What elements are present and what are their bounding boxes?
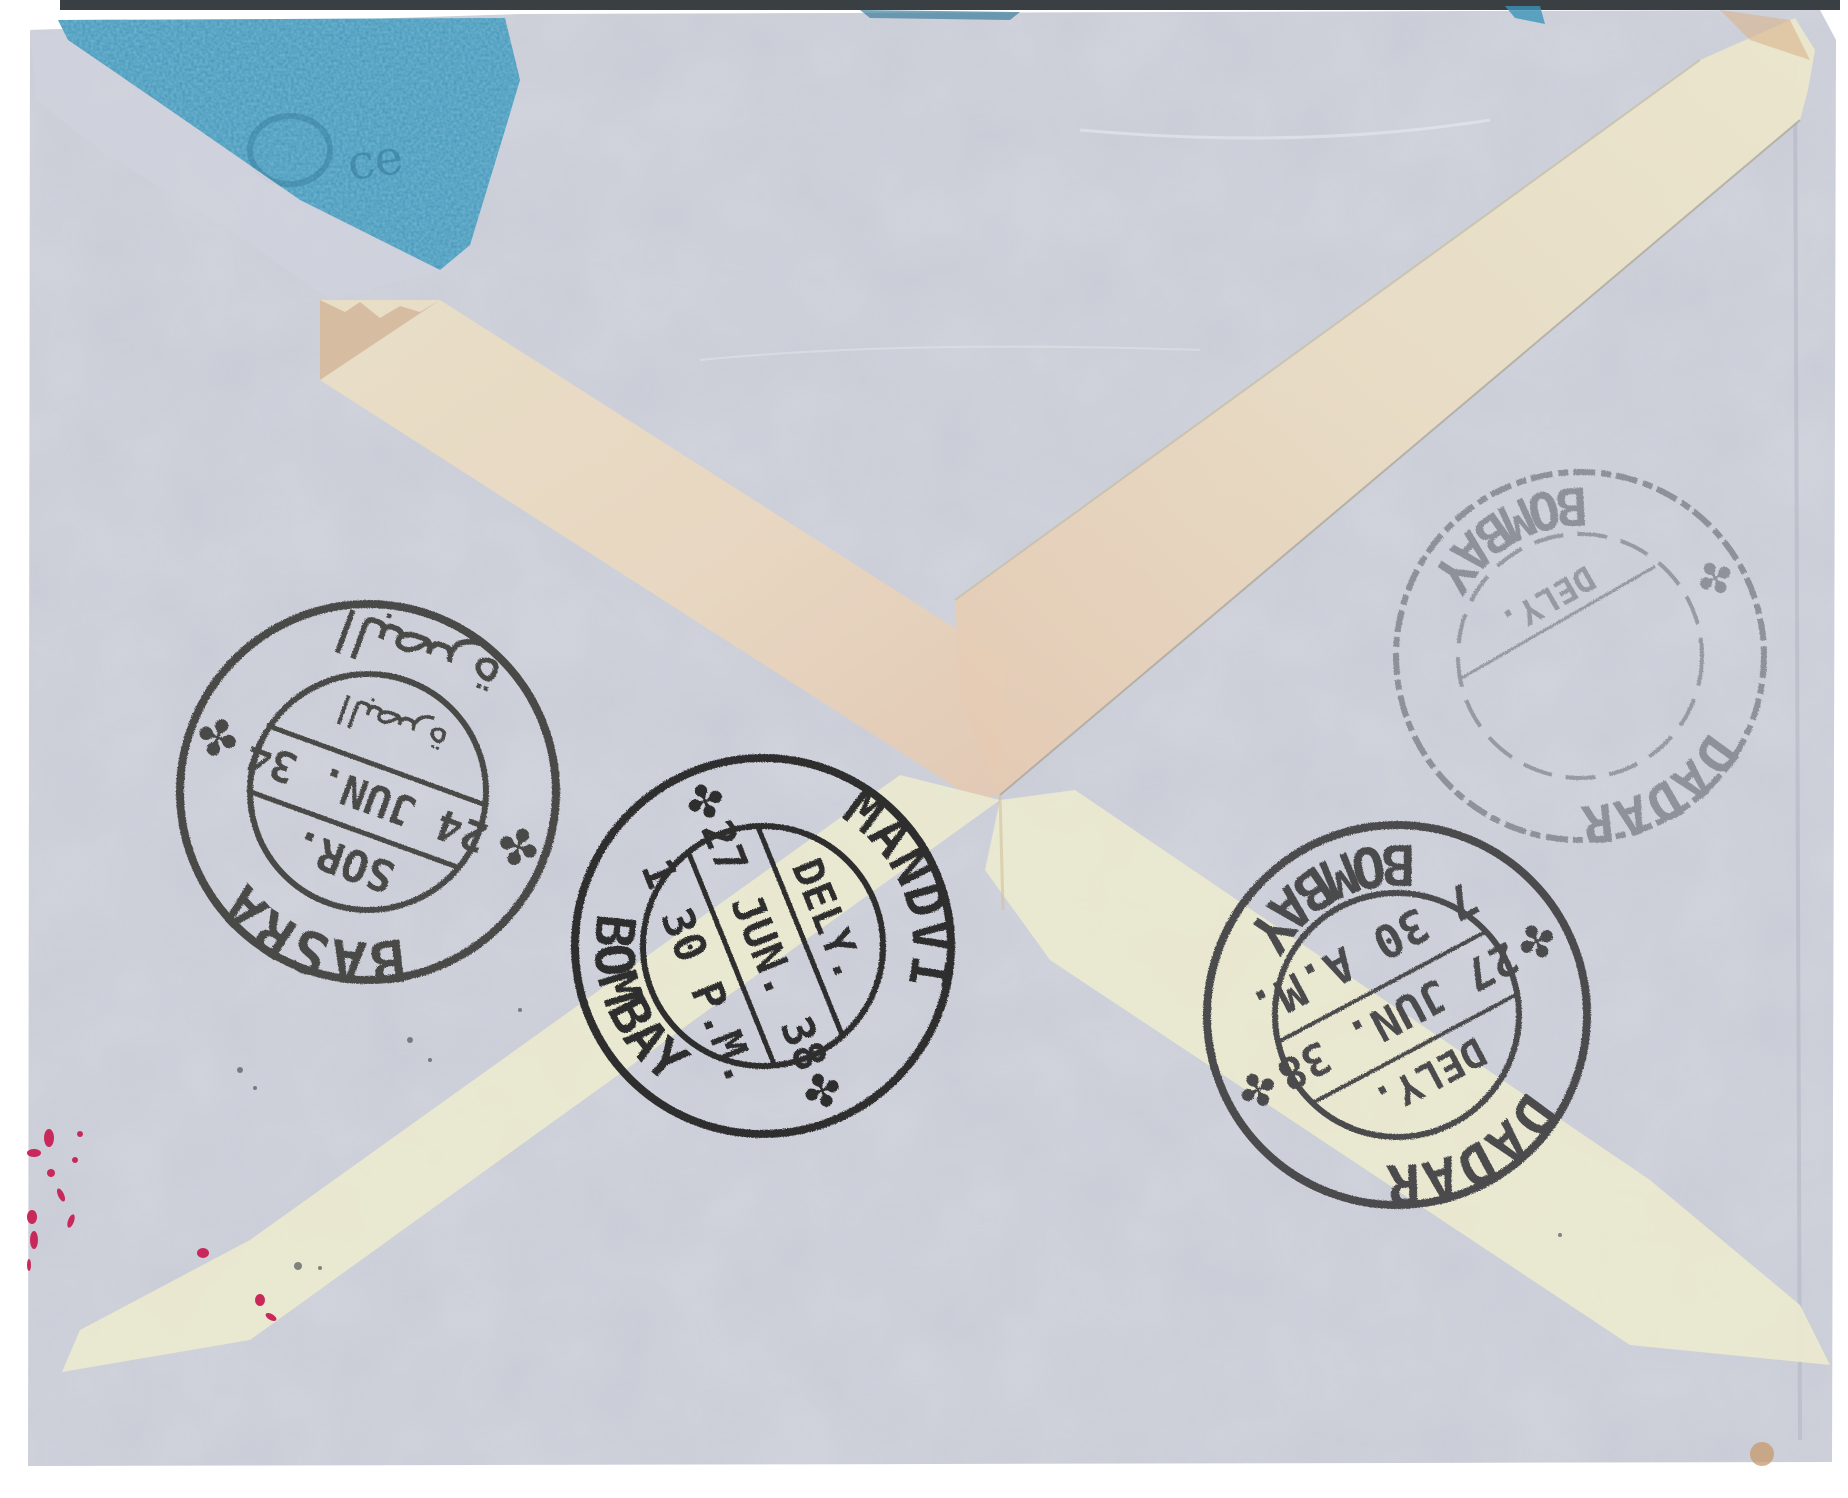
stain-spot [1750, 1442, 1774, 1466]
envelope-scan: ce [0, 0, 1848, 1498]
scanner-edge [60, 0, 1840, 10]
flap-marking: ce [344, 129, 407, 192]
